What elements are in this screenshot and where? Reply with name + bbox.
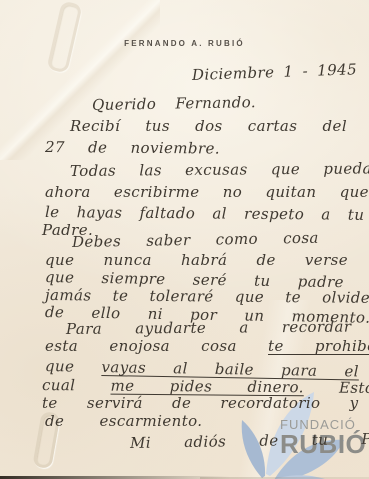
handwritten-line: Todas las excusas que puedas bbox=[70, 159, 369, 180]
line-text: de escarmiento. bbox=[45, 412, 202, 430]
paper-crease bbox=[0, 0, 160, 160]
line-text: Recibí tus dos cartas del bbox=[70, 117, 347, 135]
date-line: Diciembre 1 - 1945 bbox=[192, 60, 358, 84]
handwritten-line: ahora escribirme no quitan que bbox=[45, 183, 369, 201]
paperclip-impression-top bbox=[46, 1, 82, 74]
line-text: ahora escribirme no quitan que bbox=[45, 183, 369, 201]
line-text: te servirá de recordatorio y bbox=[42, 394, 359, 412]
handwritten-line: que nunca habrá de verse bbox=[45, 251, 348, 269]
handwritten-line: de escarmiento. bbox=[45, 412, 202, 430]
line-text: cual bbox=[42, 376, 111, 395]
line-text: que nunca habrá de verse bbox=[45, 251, 348, 269]
letterhead: FERNANDO A. RUBIÓ bbox=[0, 39, 369, 48]
line-text: Querido Fernando. bbox=[92, 93, 256, 114]
line-text: que bbox=[45, 357, 102, 376]
line-text: Debes saber como cosa bbox=[72, 229, 319, 251]
line-text-underlined: te prohibo bbox=[268, 337, 369, 355]
line-text: esta enojosa cosa bbox=[45, 337, 268, 355]
scanned-letter-page: FERNANDO A. RUBIÓ Diciembre 1 - 1945 Que… bbox=[0, 0, 369, 479]
line-text: 27 de noviembre. bbox=[45, 138, 220, 158]
line-text: Para ayudarte a recordar bbox=[66, 318, 352, 338]
handwritten-line: 27 de noviembre. bbox=[45, 138, 220, 158]
handwritten-line: te servirá de recordatorio y bbox=[42, 394, 359, 412]
handwritten-line: Para ayudarte a recordar bbox=[66, 318, 352, 338]
line-text: Todas las excusas que puedas bbox=[70, 159, 369, 180]
handwritten-line: esta enojosa cosa te prohibo bbox=[45, 337, 369, 355]
handwritten-line-salutation: Querido Fernando. bbox=[92, 93, 256, 114]
handwritten-line: Recibí tus dos cartas del bbox=[70, 117, 347, 135]
handwritten-line: Debes saber como cosa bbox=[72, 229, 319, 251]
